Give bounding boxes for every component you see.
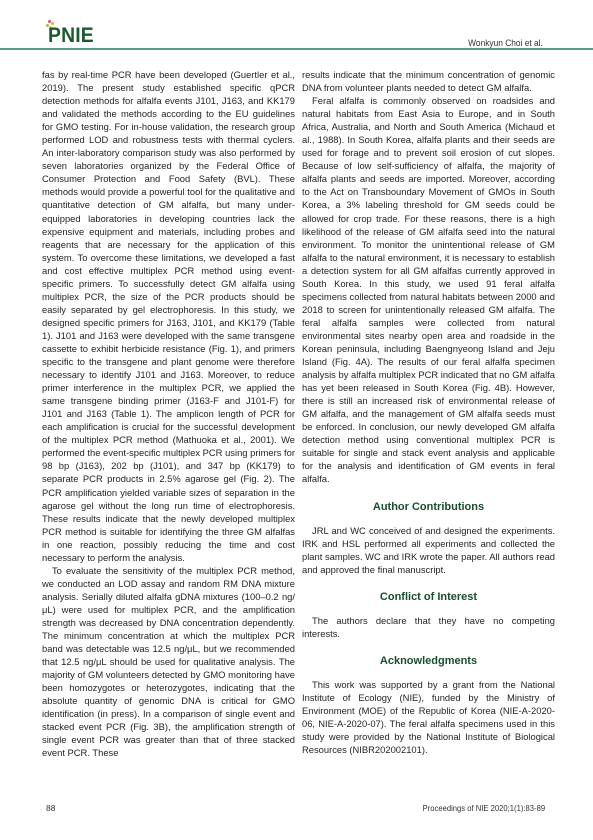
- right-column: results indicate that the minimum concen…: [302, 68, 555, 756]
- journal-citation: Proceedings of NIE 2020;1(1):83-89: [423, 803, 545, 813]
- section-heading-author-contributions: Author Contributions: [302, 500, 555, 514]
- section-heading-conflict-of-interest: Conflict of Interest: [302, 590, 555, 604]
- body-paragraph: fas by real-time PCR have been developed…: [42, 68, 295, 564]
- left-column: fas by real-time PCR have been developed…: [42, 68, 295, 759]
- journal-logo: PNIE: [48, 24, 94, 48]
- acknowledgments-text: This work was supported by a grant from …: [302, 678, 555, 756]
- body-paragraph: results indicate that the minimum concen…: [302, 68, 555, 94]
- body-paragraph: To evaluate the sensitivity of the multi…: [42, 564, 295, 760]
- body-paragraph: Feral alfalfa is commonly observed on ro…: [302, 94, 555, 485]
- header-rule: [0, 48, 593, 50]
- section-heading-acknowledgments: Acknowledgments: [302, 654, 555, 668]
- page-header: PNIE Wonkyun Choi et al.: [0, 0, 593, 48]
- page-number: 88: [46, 803, 55, 813]
- conflict-of-interest-text: The authors declare that they have no co…: [302, 614, 555, 640]
- author-contributions-text: JRL and WC conceived of and designed the…: [302, 524, 555, 576]
